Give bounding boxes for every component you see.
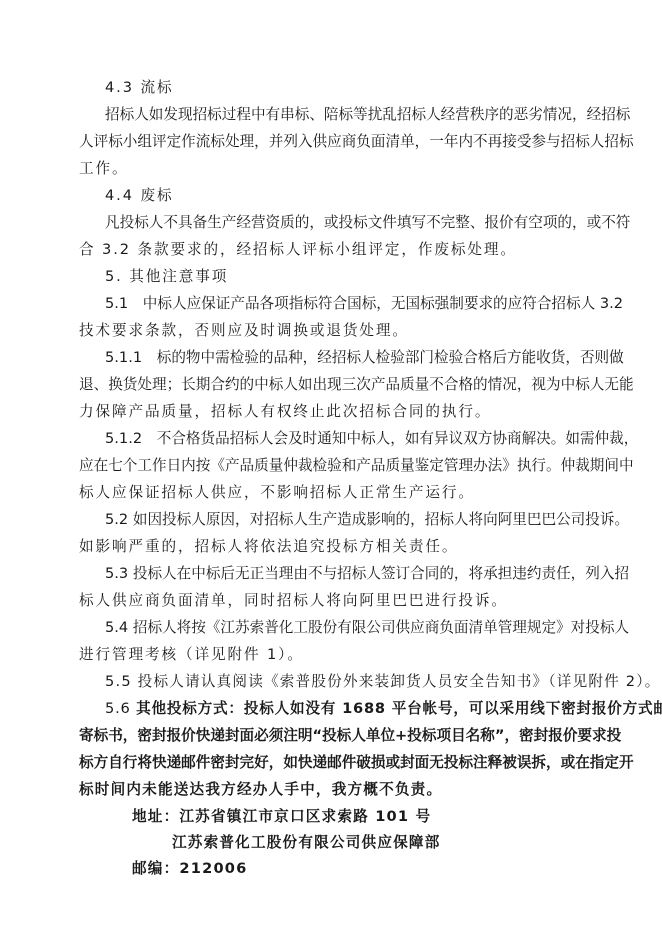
address-label: 地址： bbox=[132, 808, 179, 825]
address-line: 地址：江苏省镇江市京口区求索路 101 号 bbox=[132, 807, 637, 827]
postcode-label: 邮编： bbox=[132, 860, 179, 877]
paragraph-line: 力保障产品质量，招标人有权终止此次招标合同的执行。 bbox=[79, 402, 584, 422]
paragraph-line: 5.1 中标人应保证产品各项指标符合国标，无国标强制要求的应符合招标人 3.2 bbox=[105, 294, 584, 314]
section-heading-5: 5. 其他注意事项 bbox=[105, 267, 610, 287]
paragraph-line: 技术要求条款，否则应及时调换或退货处理。 bbox=[79, 321, 584, 341]
postcode-value: 212006 bbox=[179, 860, 247, 877]
bold-text: 其他投标方式：投标人如没有 1688 平台帐号，可以采用线下密封报价方式邮 bbox=[136, 700, 662, 717]
paragraph-line: 退、换货处理；长期合约的中标人如出现三次产品质量不合格的情况，视为中标人无能 bbox=[79, 375, 584, 395]
paragraph-line: 标人应保证招标人供应，不影响招标人正常生产运行。 bbox=[79, 483, 584, 503]
paragraph-line: 合 3.2 条款要求的，经招标人评标小组评定，作废标处理。 bbox=[79, 240, 584, 260]
paragraph-line: 标时间内未能送达我方经办人手中，我方概不负责。 bbox=[79, 780, 584, 800]
address-value: 江苏省镇江市京口区求索路 101 号 bbox=[179, 808, 431, 825]
paragraph-line: 凡投标人不具备生产经营资质的，或投标文件填写不完整、报价有空项的，或不符 bbox=[105, 213, 584, 233]
paragraph-line: 5.1.1 标的物中需检验的品种，经招标人检验部门检验合格后方能收货，否则做 bbox=[105, 348, 584, 368]
section-heading-4-3: 4.3 流标 bbox=[105, 78, 610, 98]
paragraph-line: 标人供应商负面清单，同时招标人将向阿里巴巴进行投诉。 bbox=[79, 591, 584, 611]
paragraph-line: 标方自行将快递邮件密封完好，如快递邮件破损或封面无投标注释被误拆，或在指定开 bbox=[79, 753, 584, 773]
company-name: 江苏索普化工股份有限公司供应保障部 bbox=[172, 833, 662, 853]
paragraph-line: 5.2 如因投标人原因，对招标人生产造成影响的，招标人将向阿里巴巴公司投诉。 bbox=[105, 510, 584, 530]
postcode-line: 邮编：212006 bbox=[132, 859, 637, 879]
paragraph-line: 工作。 bbox=[79, 159, 584, 179]
document-page: 4.3 流标 招标人如发现招标过程中有串标、陪标等扰乱招标人经营秩序的恶劣情况，… bbox=[0, 0, 662, 936]
paragraph-line: 应在七个工作日内按《产品质量仲裁检验和产品质量鉴定管理办法》执行。仲裁期间中 bbox=[79, 456, 584, 476]
section-heading-4-4: 4.4 废标 bbox=[105, 186, 610, 206]
paragraph-line: 进行管理考核（详见附件 1）。 bbox=[79, 645, 584, 665]
paragraph-line: 5.1.2 不合格货品招标人会及时通知中标人，如有异议双方协商解决。如需仲裁， bbox=[105, 429, 584, 449]
section-number: 5.6 bbox=[105, 700, 136, 717]
paragraph-line: 5.3 投标人在中标后无正当理由不与招标人签订合同的，将承担违约责任，列入招 bbox=[105, 564, 584, 584]
paragraph-line: 如影响严重的，招标人将依法追究投标方相关责任。 bbox=[79, 537, 584, 557]
paragraph-line-5-6: 5.6 其他投标方式：投标人如没有 1688 平台帐号，可以采用线下密封报价方式… bbox=[105, 699, 584, 719]
paragraph-line: 招标人如发现招标过程中有串标、陪标等扰乱招标人经营秩序的恶劣情况，经招标 bbox=[105, 105, 584, 125]
paragraph-line: 寄标书，密封报价快递封面必须注明“投标人单位+投标项目名称”，密封报价要求投 bbox=[79, 726, 584, 746]
paragraph-line: 5.5 投标人请认真阅读《索普股份外来装卸货人员安全告知书》（详见附件 2）。 bbox=[105, 672, 610, 692]
paragraph-line: 5.4 招标人将按《江苏索普化工股份有限公司供应商负面清单管理规定》对投标人 bbox=[105, 618, 584, 638]
paragraph-line: 人评标小组评定作流标处理，并列入供应商负面清单，一年内不再接受参与招标人招标 bbox=[79, 132, 584, 152]
